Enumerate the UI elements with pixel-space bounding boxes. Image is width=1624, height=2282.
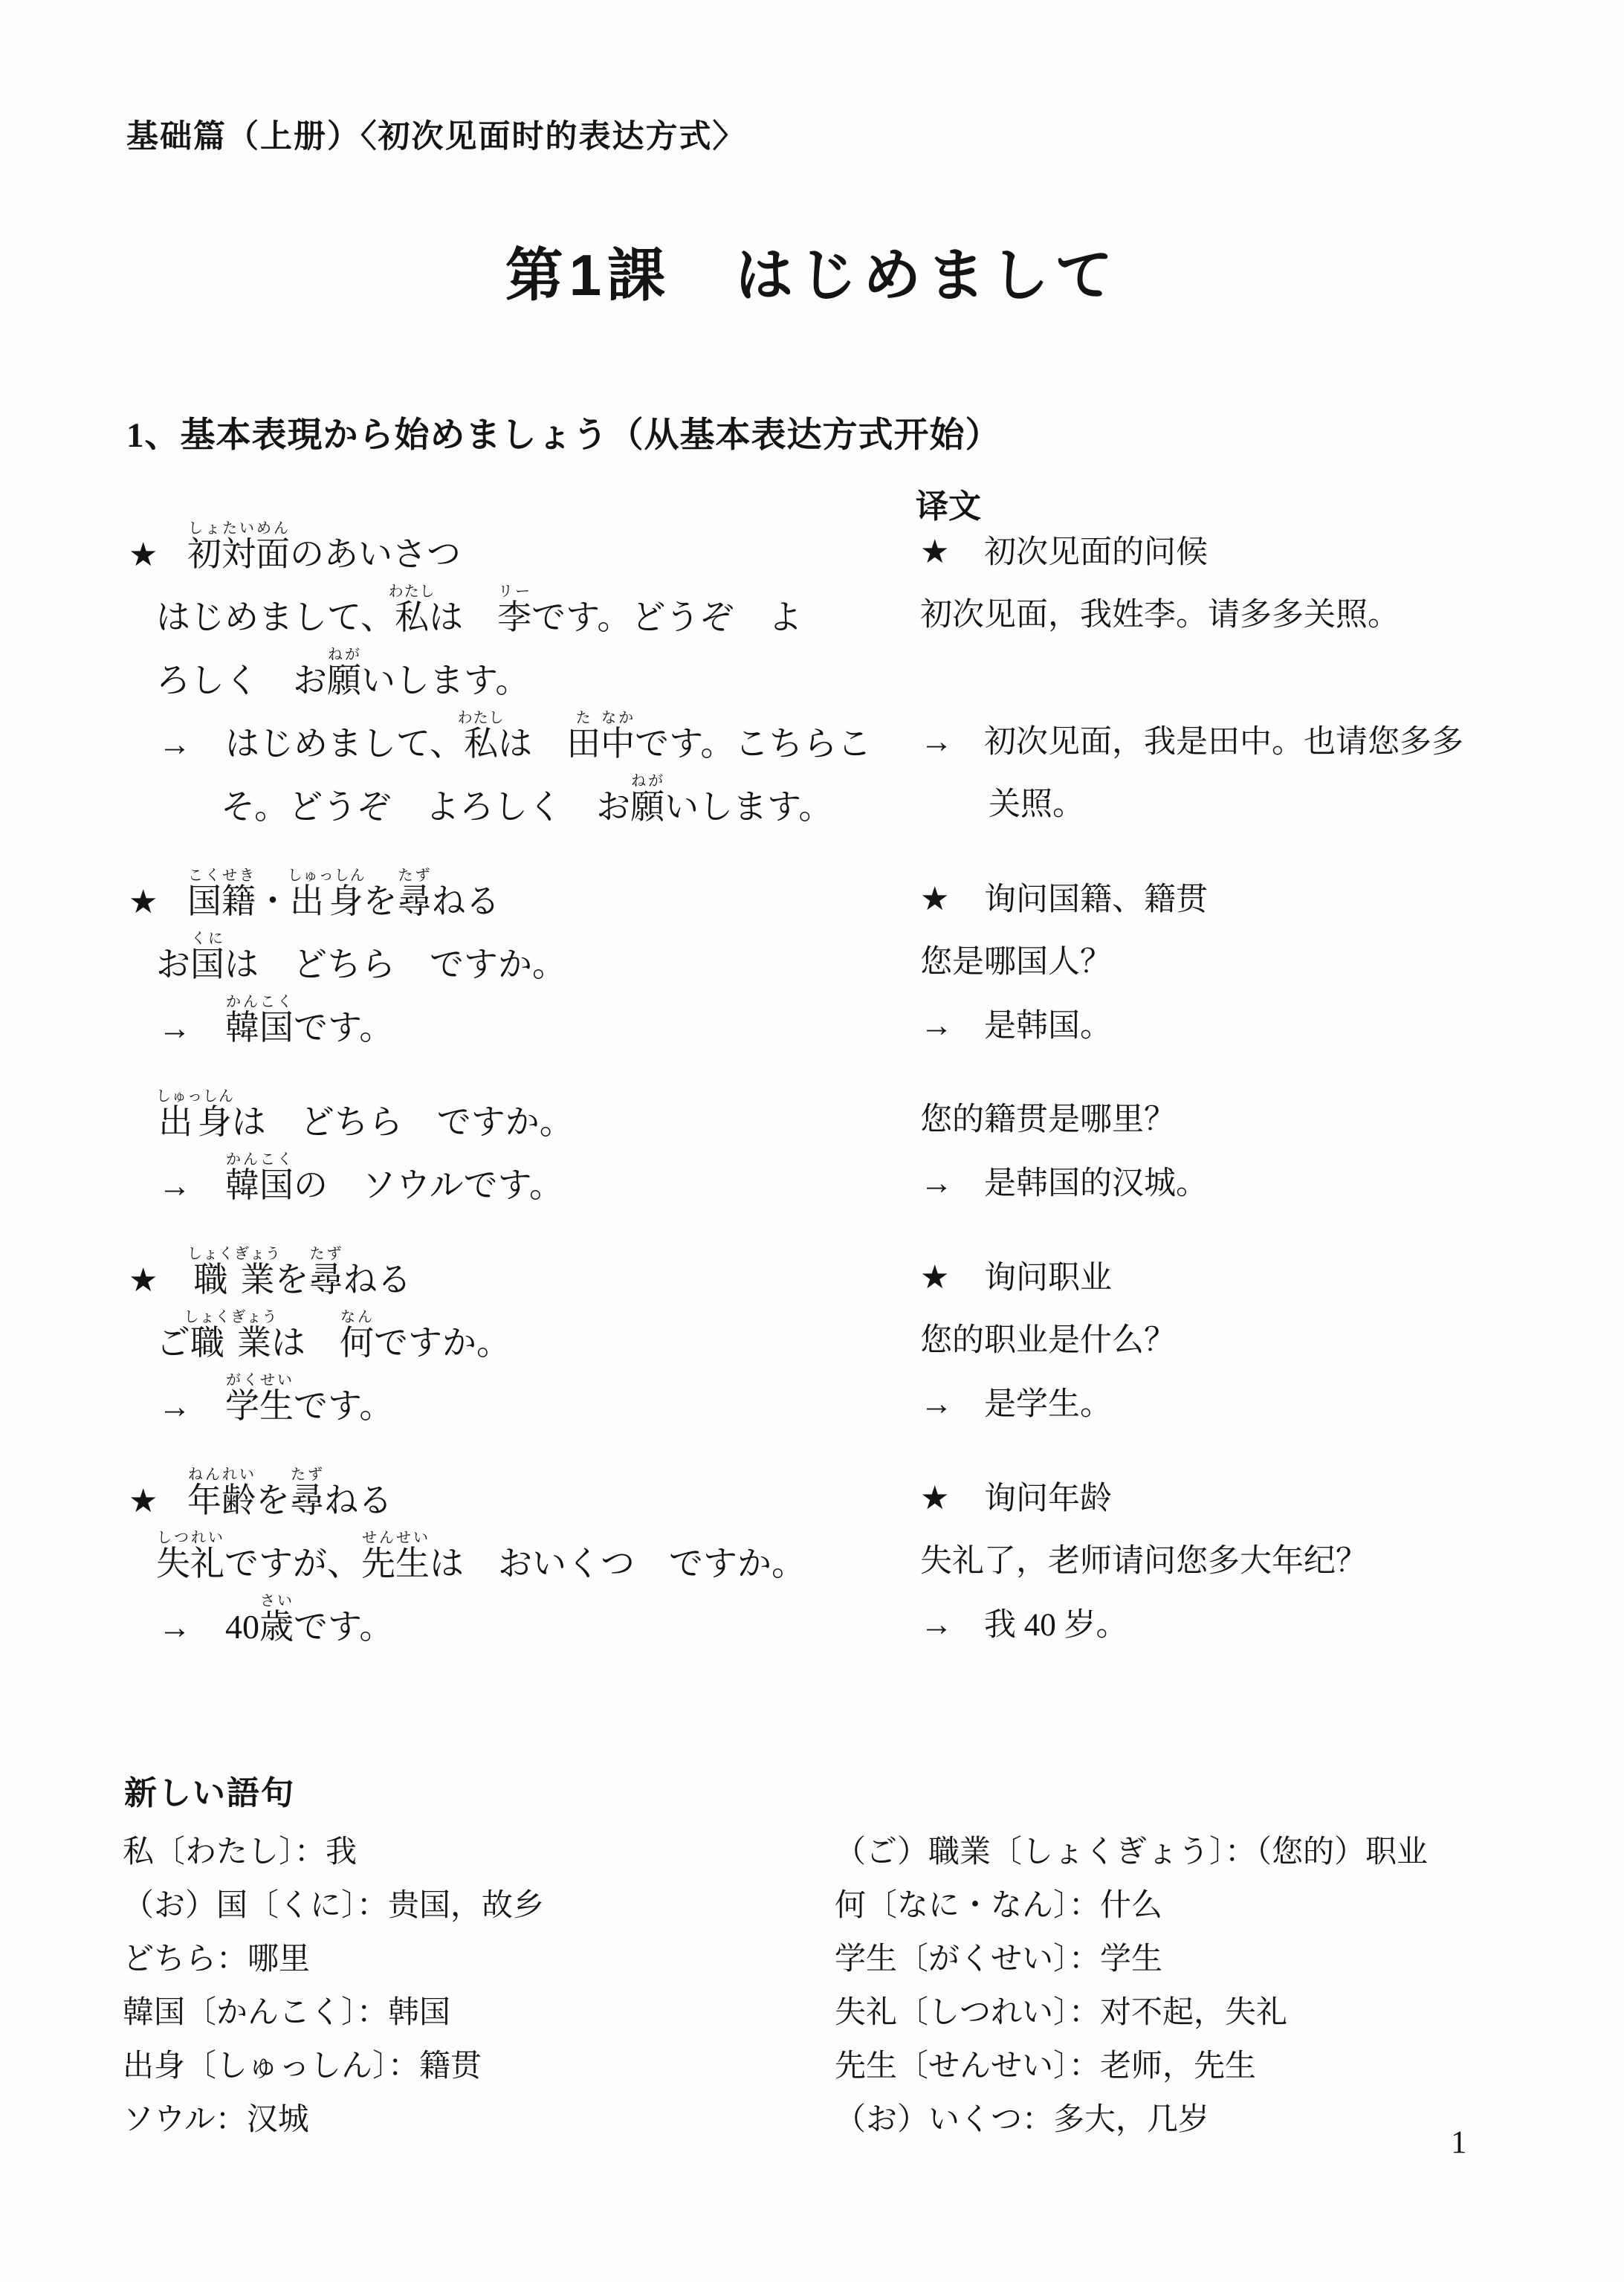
chinese-text: 是学生。 [984,1387,1112,1422]
spacer [129,836,909,867]
text-run: いします。 [361,662,529,699]
star-icon: ★ [129,1470,187,1533]
arrow-icon: → [920,710,984,773]
vocab-column-left: 私〔わたし〕：我（お）国〔くに〕：贵国，故乡どちら：哪里韓国〔かんこく〕：韩国出… [123,1826,544,2147]
vocab-item: 韓国〔かんこく〕：韩国 [123,1986,544,2040]
sentence-line: 失礼しつれいですが、先生せんせいは おいくつ ですか。 [129,1530,909,1593]
answer-line: →40歳さいです。 [129,1593,909,1656]
answer-line: →是韩国的汉城。 [916,1151,1570,1215]
spacer [916,1435,1570,1467]
text-run: そ。どうぞ よろしく お [221,788,630,826]
arrow-icon: → [158,1154,225,1218]
text-run: です。どうぞ よ [531,598,802,636]
vocab-item: 私〔わたし〕：我 [123,1826,544,1879]
spacer [129,1435,909,1467]
sentence-line: 您的职业是什么？ [916,1309,1570,1372]
ruby-annotated-text: 国くに [190,946,224,983]
translation-column: ★初次见面的问候初次见面，我姓李。请多多关照。→初次见面，我是田中。也请您多多关… [916,520,1570,1656]
ruby-annotated-text: 私わたし [395,598,429,636]
chinese-text: 您的籍贯是哪里？ [920,1102,1176,1137]
ruby-annotated-text: 歳さい [259,1608,294,1646]
ruby-annotated-text: 韓国かんこく [225,1166,294,1204]
text-run: ねる [324,1481,392,1519]
text-run: は [429,598,497,636]
sentence-line: 出身しゅっしんは どちら ですか。 [129,1088,909,1151]
ruby-annotated-text: 失礼しつれい [156,1545,224,1583]
text-run: 40 [225,1608,259,1646]
sentence-line: 您是哪国人？ [916,931,1570,994]
arrow-icon: → [158,1375,225,1438]
ruby-annotated-text: 何なん [340,1324,374,1362]
vocab-item: （お）いくつ：多大，几岁 [835,2093,1428,2147]
textbook-page: 基础篇（上册）〈初次见面时的表达方式〉 第1課 はじめまして 1、基本表現から始… [0,0,1624,2282]
spacer [129,1215,909,1246]
answer-line: →学生がくせいです。 [129,1372,909,1435]
star-icon: ★ [920,1467,984,1530]
vocab-heading: 新しい語句 [124,1766,295,1814]
answer-line: →我 40 岁。 [916,1593,1570,1656]
page-number: 1 [1451,2124,1467,2161]
sentence-line: 失礼了，老师请问您多大年纪？ [916,1530,1570,1593]
arrow-icon: → [158,713,225,776]
sentence-line: お国くには どちら ですか。 [129,931,909,994]
ruby-annotated-text: 韓国かんこく [225,1009,294,1047]
text-run: ですか。 [374,1324,511,1362]
ruby-annotated-text: 出身しゅっしん [290,882,363,920]
text-run: はじめまして、 [156,598,395,636]
vocab-item: （お）国〔くに〕：贵国，故乡 [123,1879,544,1933]
japanese-text: 初対面しょたいめんのあいさつ [187,535,461,573]
ruby-annotated-text: 尋たず [398,882,432,920]
vocab-item: 学生〔がくせい〕：学生 [835,1933,1428,1986]
vocab-item: 失礼〔しつれい〕：对不起，失礼 [835,1986,1428,2040]
arrow-icon: → [920,1151,984,1215]
text-run: を [256,1481,290,1519]
vocab-item: （ご）職業〔しょくぎょう〕：（您的）职业 [835,1826,1428,1879]
chinese-text: 失礼了，老师请问您多大年纪？ [920,1544,1368,1579]
spacer [916,647,1570,710]
text-run: は おいくつ ですか。 [430,1545,806,1583]
arrow-icon: → [158,997,225,1060]
text-run: ・ [256,882,290,920]
ruby-annotated-text: 職業しょくぎょう [187,1261,275,1299]
book-header: 基础篇（上册）〈初次见面时的表达方式〉 [126,111,746,157]
text-run: は [271,1324,340,1362]
ruby-annotated-text: 年齢ねんれい [187,1481,256,1519]
answer-line: →初次见面，我是田中。也请您多多 [916,710,1570,773]
chinese-text: 我 40 岁。 [984,1608,1128,1643]
answer-line: →韓国かんこくの ソウルです。 [129,1151,909,1215]
text-run: を [275,1261,309,1299]
ruby-annotated-text: 学生がくせい [225,1387,294,1425]
text-run: お [156,946,190,983]
text-run: のあいさつ [290,535,461,573]
phrase-heading-line: ★国籍こくせき・出身しゅっしんを尋たずねる [129,867,909,931]
sentence-line: そ。どうぞ よろしく お願ねがいします。 [129,773,909,836]
text-run: ねる [343,1261,412,1299]
japanese-text: はじめまして、私わたしは 田た中なかです。こちらこ [225,725,871,763]
arrow-icon: → [920,1372,984,1435]
sentence-line: 您的籍贯是哪里？ [916,1088,1570,1151]
text-run: ろしく お [156,662,327,699]
japanese-text: ろしく お願ねがいします。 [156,662,529,699]
ruby-annotated-text: 願ねが [327,662,361,699]
japanese-text: 出身しゅっしんは どちら ですか。 [156,1103,574,1141]
chinese-text: 您是哪国人？ [920,945,1112,980]
spacer [129,1057,909,1088]
answer-line: →はじめまして、私わたしは 田た中なかです。こちらこ [129,710,909,773]
section-heading: 1、基本表現から始めましょう（从基本表达方式开始） [126,407,1001,457]
sentence-line: ご職業しょくぎょうは 何なんですか。 [129,1309,909,1372]
japanese-text: 韓国かんこくの ソウルです。 [225,1166,563,1204]
chinese-text: 您的职业是什么？ [920,1323,1176,1358]
text-run: ねる [432,882,500,920]
arrow-icon: → [920,994,984,1057]
text-run: です。 [294,1608,393,1646]
chinese-text: 初次见面，我姓李。请多多关照。 [920,598,1400,633]
chinese-text: 初次见面，我是田中。也请您多多 [984,725,1463,760]
text-run: です。こちらこ [635,725,871,763]
chinese-text: 是韩国。 [984,1009,1112,1044]
ruby-annotated-text: 中なか [601,725,635,763]
ruby-annotated-text: 出身しゅっしん [156,1103,232,1141]
phrase-heading-line: ★询问职业 [916,1246,1570,1309]
star-icon: ★ [129,1249,187,1312]
sentence-line: 初次见面，我姓李。请多多关照。 [916,584,1570,647]
star-icon: ★ [920,1246,984,1309]
star-icon: ★ [129,523,187,586]
japanese-text: 国籍こくせき・出身しゅっしんを尋たずねる [187,882,500,920]
chinese-text: 初次见面的问候 [984,535,1208,570]
vocab-item: 先生〔せんせい〕：老师，先生 [835,2040,1428,2093]
vocab-item: ソウル：汉城 [123,2093,544,2147]
japanese-column: ★初対面しょたいめんのあいさつはじめまして、私わたしは 李リーです。どうぞ よろ… [129,520,909,1656]
ruby-annotated-text: 李リー [497,598,531,636]
japanese-text: ご職業しょくぎょうは 何なんですか。 [156,1324,511,1362]
ruby-annotated-text: 願ねが [630,788,664,826]
ruby-annotated-text: 国籍こくせき [187,882,256,920]
sentence-line: はじめまして、私わたしは 李リーです。どうぞ よ [129,584,909,647]
text-run: です。 [294,1009,393,1047]
text-run: です。 [294,1387,393,1425]
arrow-icon: → [158,1596,225,1659]
spacer [916,1215,1570,1246]
japanese-text: 学生がくせいです。 [225,1387,393,1425]
vocab-column-right: （ご）職業〔しょくぎょう〕：（您的）职业何〔なに・なん〕：什么学生〔がくせい〕：… [835,1826,1428,2147]
ruby-annotated-text: 尋たず [290,1481,324,1519]
star-icon: ★ [920,520,984,584]
japanese-text: 韓国かんこくです。 [225,1009,393,1047]
ruby-annotated-text: 先生せんせい [361,1545,430,1583]
lesson-title: 第1課 はじめまして [0,229,1624,312]
answer-line: →是韩国。 [916,994,1570,1057]
ruby-annotated-text: 職業しょくぎょう [190,1324,271,1362]
japanese-text: 40歳さいです。 [225,1608,393,1646]
text-run: を [363,882,398,920]
answer-line: →是学生。 [916,1372,1570,1435]
chinese-text: 是韩国的汉城。 [984,1166,1208,1201]
chinese-text: 关照。 [989,787,1084,822]
japanese-text: 職業しょくぎょうを尋たずねる [187,1261,412,1299]
chinese-text: 询问职业 [984,1261,1112,1296]
vocab-item: 何〔なに・なん〕：什么 [835,1879,1428,1933]
vocab-item: 出身〔しゅっしん〕：籍贯 [123,2040,544,2093]
text-run: は どちら ですか。 [224,946,566,983]
vocab-item: どちら：哪里 [123,1933,544,1986]
japanese-text: 失礼しつれいですが、先生せんせいは おいくつ ですか。 [156,1545,806,1583]
star-icon: ★ [920,867,984,931]
sentence-line: 关照。 [916,773,1570,836]
sentence-line: ろしく お願ねがいします。 [129,647,909,710]
phrase-heading-line: ★初次见面的问候 [916,520,1570,584]
chinese-text: 询问年龄 [984,1481,1112,1516]
text-run: の ソウルです。 [294,1166,563,1204]
chinese-text: 询问国籍、籍贯 [984,882,1208,917]
japanese-text: 年齢ねんれいを尋たずねる [187,1481,392,1519]
japanese-text: お国くには どちら ですか。 [156,946,566,983]
ruby-annotated-text: 田た [566,725,601,763]
ruby-annotated-text: 私わたし [464,725,498,763]
answer-line: →韓国かんこくです。 [129,994,909,1057]
phrase-heading-line: ★询问国籍、籍贯 [916,867,1570,931]
text-run: ですが、 [224,1545,361,1583]
star-icon: ★ [129,870,187,934]
spacer [916,836,1570,867]
japanese-text: はじめまして、私わたしは 李リーです。どうぞ よ [156,598,802,636]
arrow-icon: → [920,1593,984,1656]
phrase-heading-line: ★年齢ねんれいを尋たずねる [129,1467,909,1530]
phrase-heading-line: ★職業しょくぎょうを尋たずねる [129,1246,909,1309]
phrase-heading-line: ★初対面しょたいめんのあいさつ [129,520,909,584]
ruby-annotated-text: 尋たず [309,1261,343,1299]
spacer [916,1057,1570,1088]
text-run: は [498,725,566,763]
ruby-annotated-text: 初対面しょたいめん [187,535,290,573]
phrase-heading-line: ★询问年龄 [916,1467,1570,1530]
text-run: いします。 [664,788,832,826]
japanese-text: そ。どうぞ よろしく お願ねがいします。 [221,788,832,826]
text-run: は どちら ですか。 [232,1103,574,1141]
text-run: はじめまして、 [225,725,464,763]
